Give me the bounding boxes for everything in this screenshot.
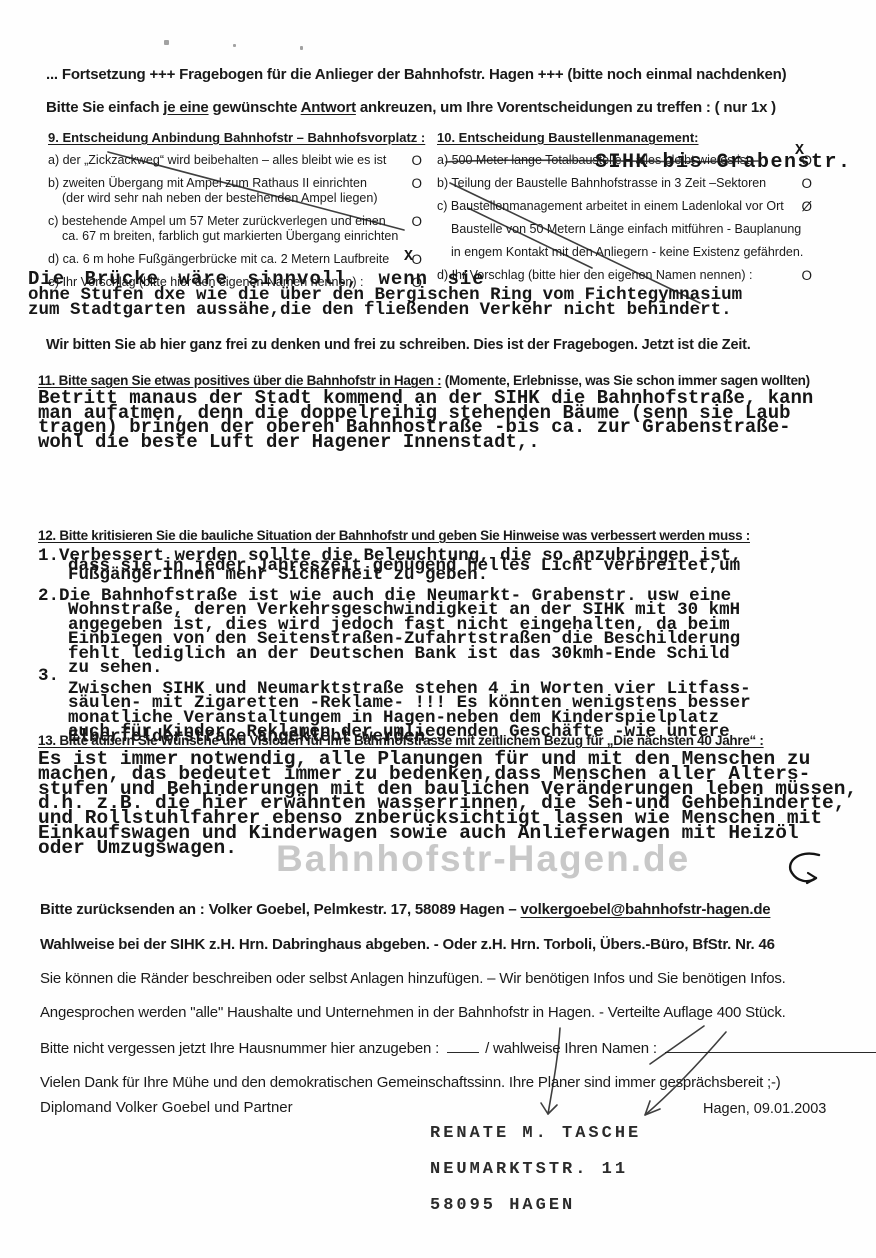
- place-date: Hagen, 09.01.2003: [703, 1101, 826, 1117]
- return-address-text: Bitte zurücksenden an : Volker Goebel, P…: [40, 901, 521, 918]
- option-label: c) bestehende Ampel um 57 Meter zurückve…: [48, 214, 406, 229]
- instruction-emphasis: je eine: [163, 99, 208, 116]
- radio-circle: O: [411, 252, 422, 267]
- question-11-typed-answer: Betritt manaus der Stadt kommend an der …: [38, 391, 813, 449]
- housenumber-line: Bitte nicht vergessen jetzt Ihre Hausnum…: [40, 1039, 876, 1057]
- question-9-option-b: b) zweiten Übergang mit Ampel zum Rathau…: [48, 176, 440, 206]
- form-title: ... Fortsetzung +++ Fragebogen für die A…: [46, 66, 786, 83]
- question-11-title: 11. Bitte sagen Sie etwas positives über…: [38, 373, 813, 388]
- radio-circle: O: [411, 176, 422, 191]
- question-11-title-text: 11. Bitte sagen Sie etwas positives über…: [38, 373, 441, 388]
- respondent-stamp: RENATE M. TASCHE NEUMARKTSTR. 11 58095 H…: [430, 1116, 641, 1224]
- instruction-part: ankreuzen, um Ihre Vorentscheidungen zu …: [356, 99, 776, 116]
- question-11: 11. Bitte sagen Sie etwas positives über…: [38, 373, 813, 449]
- question-9-option-a: a) der „Zickzackweg“ wird beibehalten – …: [48, 153, 440, 168]
- question-10-option-c: c) Baustellenmanagement arbeitet in eine…: [437, 199, 862, 260]
- planner-signature: Diplomand Volker Goebel und Partner: [40, 1099, 293, 1116]
- stamp-city: 58095 HAGEN: [430, 1188, 641, 1224]
- question-12-title: 12. Bitte kritisieren Sie die bauliche S…: [38, 528, 751, 543]
- option-sublabel: in engem Kontakt mit den Anliegern - kei…: [437, 245, 828, 260]
- typed-annotation: SIHK bis Grabenstr.: [595, 155, 852, 170]
- option-sublabel: Baustelle von 50 Metern Länge einfach mi…: [437, 222, 828, 237]
- option-label: a) der „Zickzackweg“ wird beibehalten – …: [48, 153, 386, 167]
- radio-circle: O: [411, 214, 422, 229]
- option-sublabel: (der wird sehr nah neben der bestehenden…: [48, 191, 406, 206]
- free-writing-note: Wir bitten Sie ab hier ganz frei zu denk…: [46, 337, 751, 353]
- typed-line: zum Stadtgarten aussähe,die den fließend…: [28, 303, 742, 319]
- option-label: c) Baustellenmanagement arbeitet in eine…: [437, 199, 828, 214]
- return-address-line: Bitte zurücksenden an : Volker Goebel, P…: [40, 901, 770, 918]
- option-label: d) ca. 6 m hohe Fußgängerbrücke mit ca. …: [48, 252, 389, 266]
- housenumber-label: Bitte nicht vergessen jetzt Ihre Hausnum…: [40, 1040, 439, 1057]
- curved-arrow-icon: [778, 845, 838, 907]
- question-13-title: 13. Bitte äußern Sie Wünsche und Visione…: [38, 733, 857, 748]
- handwritten-arrow-1-head: [541, 1103, 557, 1114]
- margins-note-line: Sie können die Ränder beschreiben oder s…: [40, 970, 786, 987]
- question-9-typed-answer: Die Brücke wäre sinnvoll, wenn sie ohne …: [28, 272, 742, 319]
- scanned-questionnaire-page: ... Fortsetzung +++ Fragebogen für die A…: [0, 0, 876, 1258]
- radio-circle-crossed: Ø: [801, 199, 812, 214]
- question-10-option-b: b) Teilung der Baustelle Bahnhofstrasse …: [437, 176, 862, 191]
- stamp-street: NEUMARKTSTR. 11: [430, 1152, 641, 1188]
- instruction-part: gewünschte: [209, 99, 301, 116]
- instruction-emphasis: Antwort: [301, 99, 356, 116]
- question-10: 10. Entscheidung Baustellenmanagement: a…: [437, 130, 862, 283]
- question-9-option-c: c) bestehende Ampel um 57 Meter zurückve…: [48, 214, 440, 244]
- name-label: / wahlweise Ihren Namen :: [485, 1040, 657, 1057]
- email-address: volkergoebel@bahnhofstr-hagen.de: [521, 901, 771, 918]
- question-9-option-d: d) ca. 6 m hohe Fußgängerbrücke mit ca. …: [48, 252, 440, 267]
- radio-circle: O: [801, 268, 812, 283]
- question-12-item-1: 1.Verbessert werden sollte die Beleuchtu…: [38, 549, 751, 583]
- housenumber-blank-field: [447, 1039, 479, 1053]
- option-label: b) zweiten Übergang mit Ampel zum Rathau…: [48, 176, 406, 191]
- item-number: 3.: [38, 669, 59, 684]
- stamp-name: RENATE M. TASCHE: [430, 1116, 641, 1152]
- question-11-hint: (Momente, Erlebnisse, was Sie schon imme…: [441, 373, 810, 388]
- question-9-title: 9. Entscheidung Anbindung Bahnhofstr – B…: [48, 130, 440, 145]
- watermark-domain: Bahnhofstr-Hagen.de: [276, 838, 690, 880]
- scan-speck: [164, 40, 169, 45]
- thanks-line: Vielen Dank für Ihre Mühe und den demokr…: [40, 1074, 781, 1091]
- instruction-line: Bitte Sie einfach je eine gewünschte Ant…: [46, 99, 776, 116]
- question-9: 9. Entscheidung Anbindung Bahnhofstr – B…: [48, 130, 440, 290]
- option-label: b) Teilung der Baustelle Bahnhofstrasse …: [437, 176, 766, 190]
- typed-x-mark: X: [404, 249, 413, 264]
- name-blank-field: [665, 1039, 876, 1053]
- alternative-dropoff-line: Wahlweise bei der SIHK z.H. Hrn. Dabring…: [40, 936, 775, 953]
- radio-circle: O: [801, 176, 812, 191]
- scan-speck: [300, 46, 303, 50]
- radio-circle: O: [411, 153, 422, 168]
- instruction-part: Bitte Sie einfach: [46, 99, 163, 116]
- question-12-item-2: 2.Die Bahnhofstraße ist wie auch die Neu…: [38, 589, 751, 676]
- scan-speck: [233, 44, 236, 47]
- distribution-note-line: Angesprochen werden "alle" Haushalte und…: [40, 1004, 786, 1021]
- question-12: 12. Bitte kritisieren Sie die bauliche S…: [38, 528, 751, 744]
- option-sublabel: ca. 67 m breiten, farblich gut markierte…: [48, 229, 406, 244]
- handwritten-arrow-2-head: [645, 1101, 660, 1115]
